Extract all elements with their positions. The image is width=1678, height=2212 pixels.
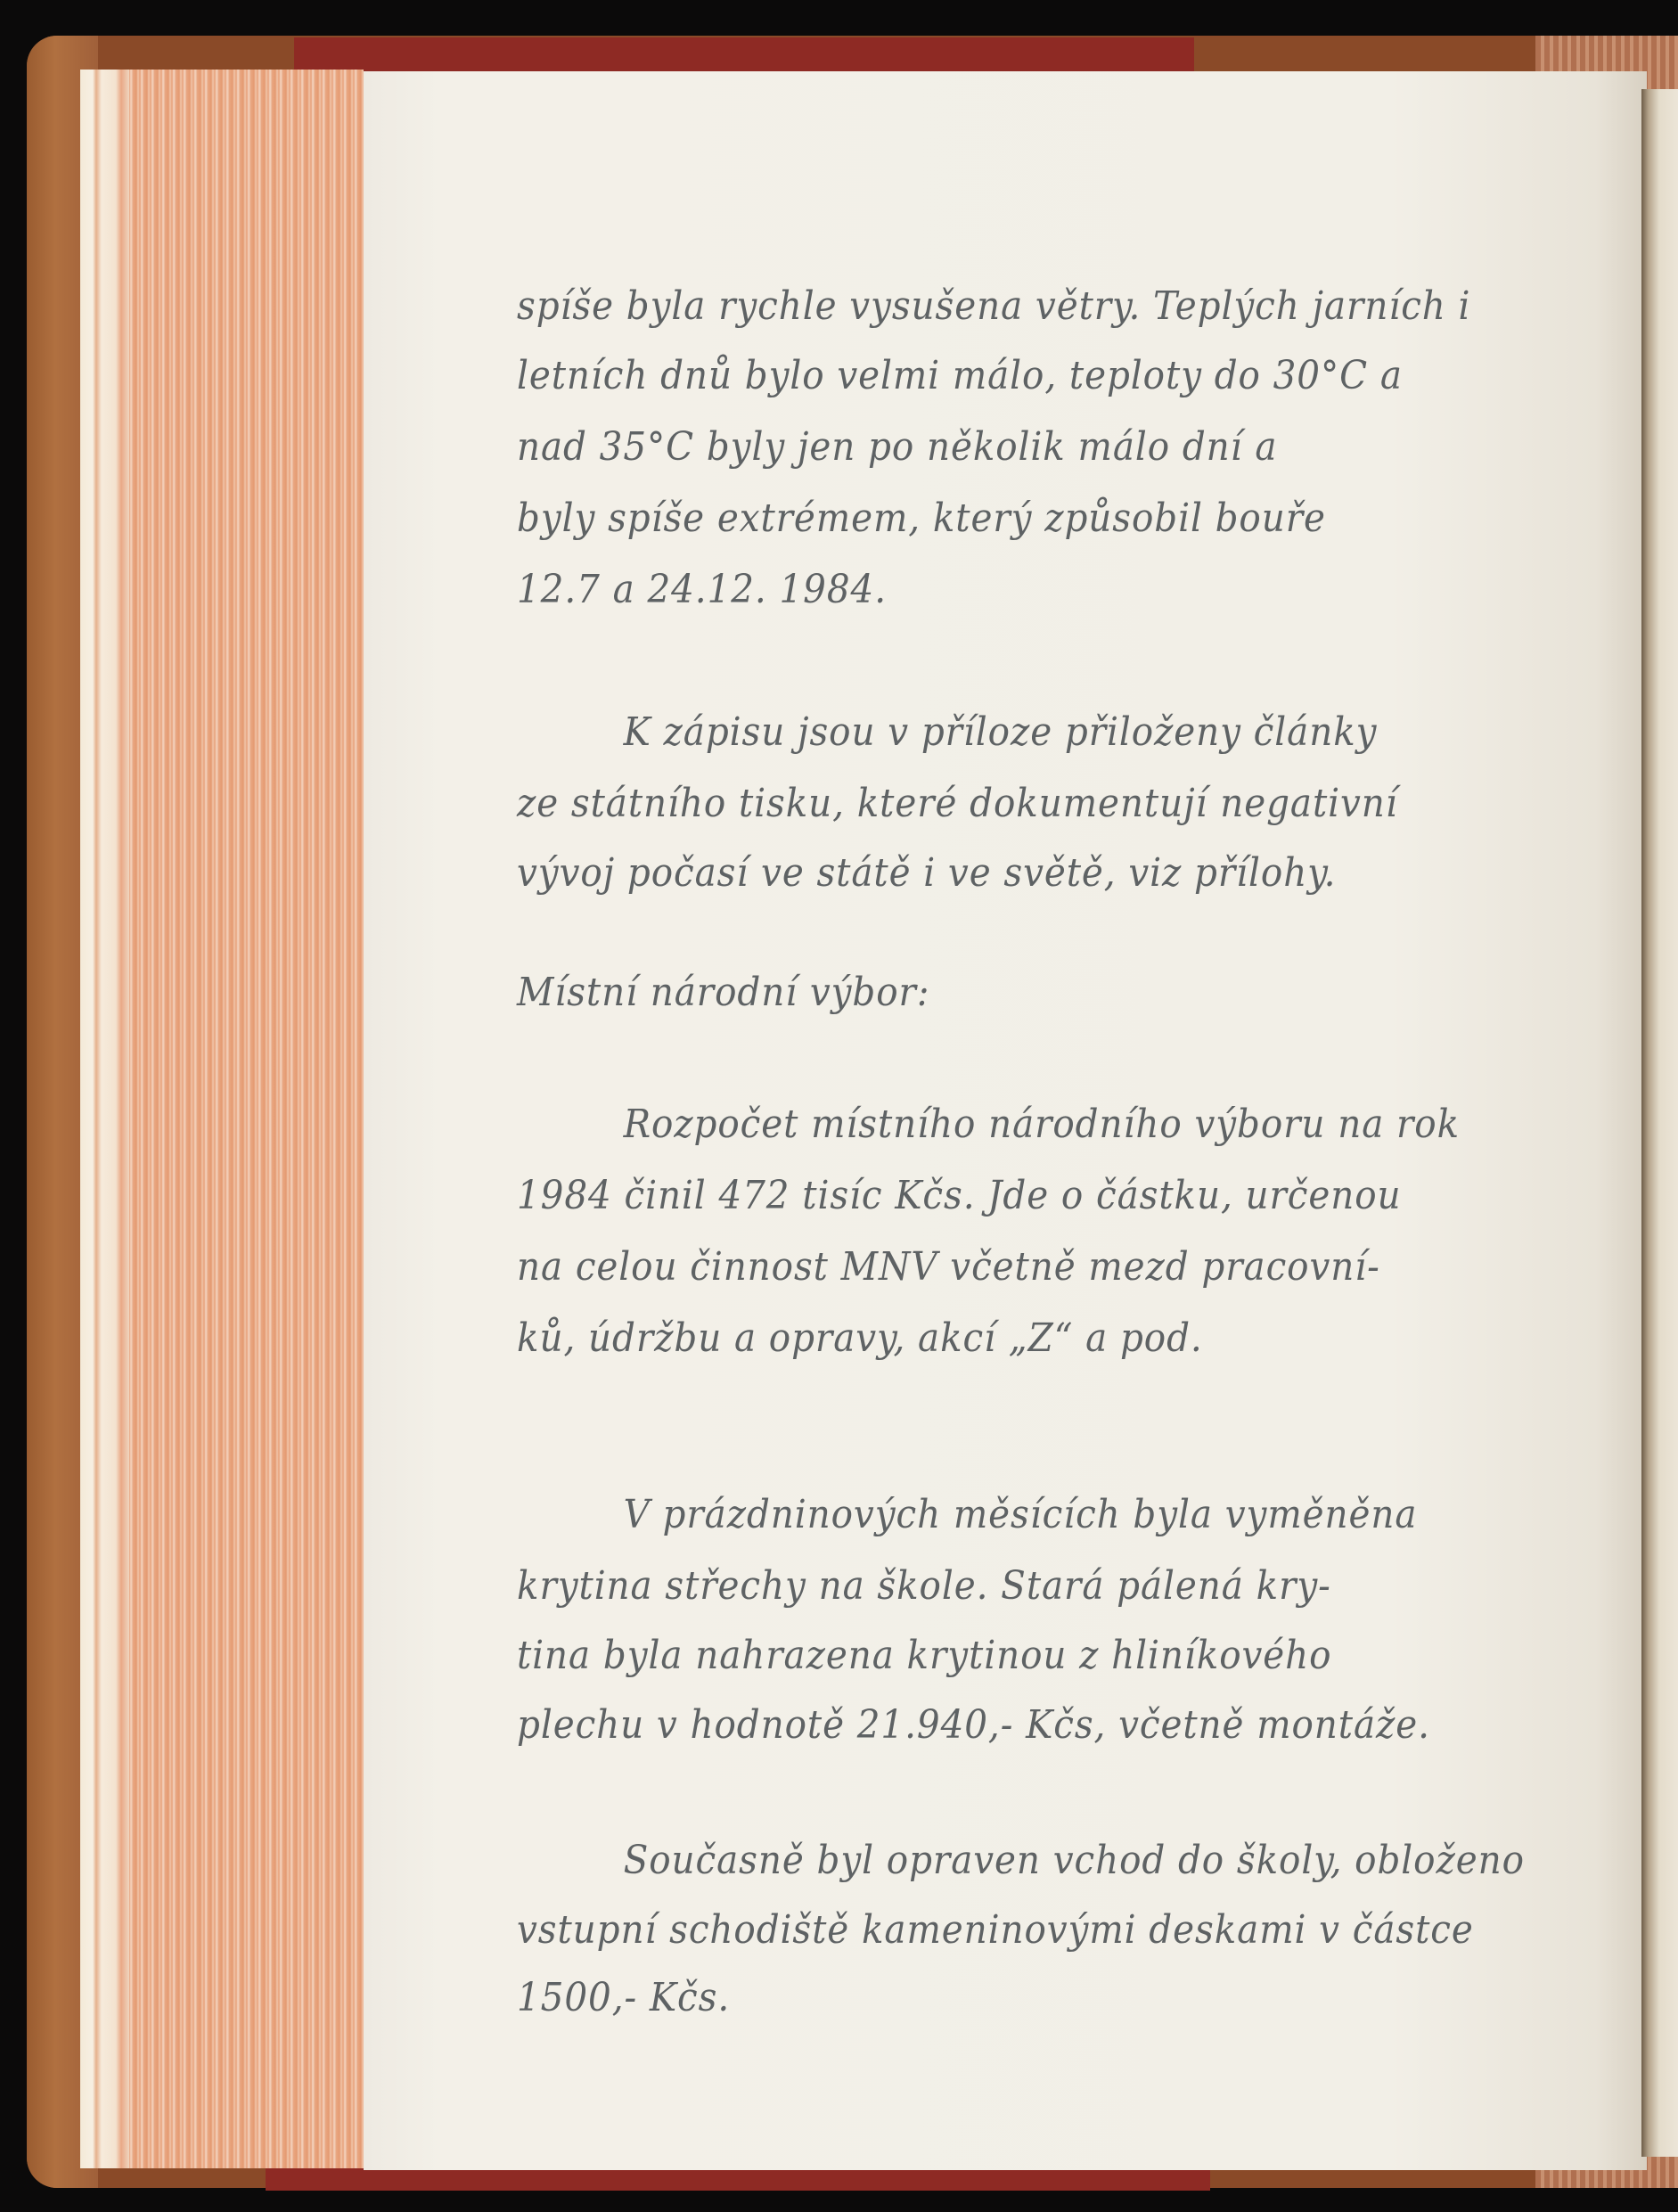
- text-line: 1984 činil 472 tisíc Kčs. Jde o částku, …: [517, 1173, 1402, 1218]
- text-line: byly spíše extrémem, který způsobil bouř…: [517, 496, 1326, 541]
- text-line: ků, údržbu a opravy, akcí „Z“ a pod.: [517, 1315, 1203, 1361]
- text-line: Rozpočet místního národního výboru na ro…: [517, 1102, 1460, 1147]
- red-cloth-top: [294, 37, 1194, 73]
- text-line: vývoj počasí ve státě i ve světě, viz př…: [517, 850, 1336, 896]
- text-line: 1500,- Kčs.: [517, 1975, 730, 2020]
- text-line: Současně byl opraven vchod do školy, obl…: [517, 1838, 1525, 1883]
- text-line: krytina střechy na škole. Stará pálená k…: [517, 1563, 1331, 1609]
- text-line: letních dnů bylo velmi málo, teploty do …: [517, 353, 1403, 398]
- text-line: plechu v hodnotě 21.940,- Kčs, včetně mo…: [517, 1702, 1430, 1748]
- text-line: tina byla nahrazena krytinou z hliníkové…: [517, 1633, 1331, 1678]
- facing-page-edge: [1641, 89, 1678, 2157]
- page-stack-edges: [80, 70, 364, 2168]
- text-line: 12.7 a 24.12. 1984.: [517, 567, 887, 612]
- section-heading: Místní národní výbor:: [517, 970, 929, 1015]
- text-line: ze státního tisku, které dokumentují neg…: [517, 781, 1398, 826]
- text-line: K zápisu jsou v příloze přiloženy články: [517, 709, 1377, 755]
- text-line: nad 35°C byly jen po několik málo dní a: [517, 424, 1277, 470]
- text-line: spíše byla rychle vysušena větry. Teplýc…: [517, 283, 1470, 329]
- text-line: V prázdninových měsících byla vyměněna: [517, 1492, 1417, 1537]
- text-line: na celou činnost MNV včetně mezd pracovn…: [517, 1244, 1380, 1290]
- text-line: vstupní schodiště kameninovými deskami v…: [517, 1907, 1474, 1953]
- red-cloth-bottom: [266, 2167, 1210, 2191]
